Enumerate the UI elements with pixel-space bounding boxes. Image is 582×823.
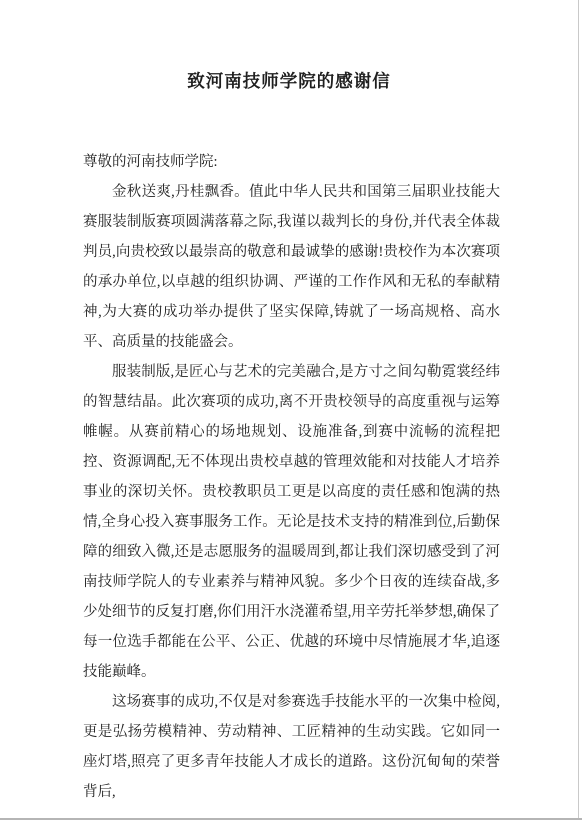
page-edge-bottom bbox=[0, 818, 582, 820]
letter-title: 致河南技师学院的感谢信 bbox=[0, 68, 578, 94]
salutation: 尊敬的河南技师学院: bbox=[83, 147, 500, 177]
page-edge-right bbox=[578, 0, 579, 819]
letter-page: 致河南技师学院的感谢信 尊敬的河南技师学院: 金秋送爽,丹桂飘香。值此中华人民共… bbox=[0, 0, 578, 818]
paragraph: 这场赛事的成功,不仅是对参赛选手技能水平的一次集中检阅,更是弘扬劳模精神、劳动精… bbox=[83, 687, 500, 807]
letter-body: 尊敬的河南技师学院: 金秋送爽,丹桂飘香。值此中华人民共和国第三届职业技能大赛服… bbox=[0, 147, 578, 807]
paragraph: 金秋送爽,丹桂飘香。值此中华人民共和国第三届职业技能大赛服装制版赛项圆满落幕之际… bbox=[83, 177, 500, 357]
paragraph: 服装制版,是匠心与艺术的完美融合,是方寸之间勾勒霓裳经纬的智慧结晶。此次赛项的成… bbox=[83, 357, 500, 687]
document-viewport: 致河南技师学院的感谢信 尊敬的河南技师学院: 金秋送爽,丹桂飘香。值此中华人民共… bbox=[0, 0, 582, 823]
